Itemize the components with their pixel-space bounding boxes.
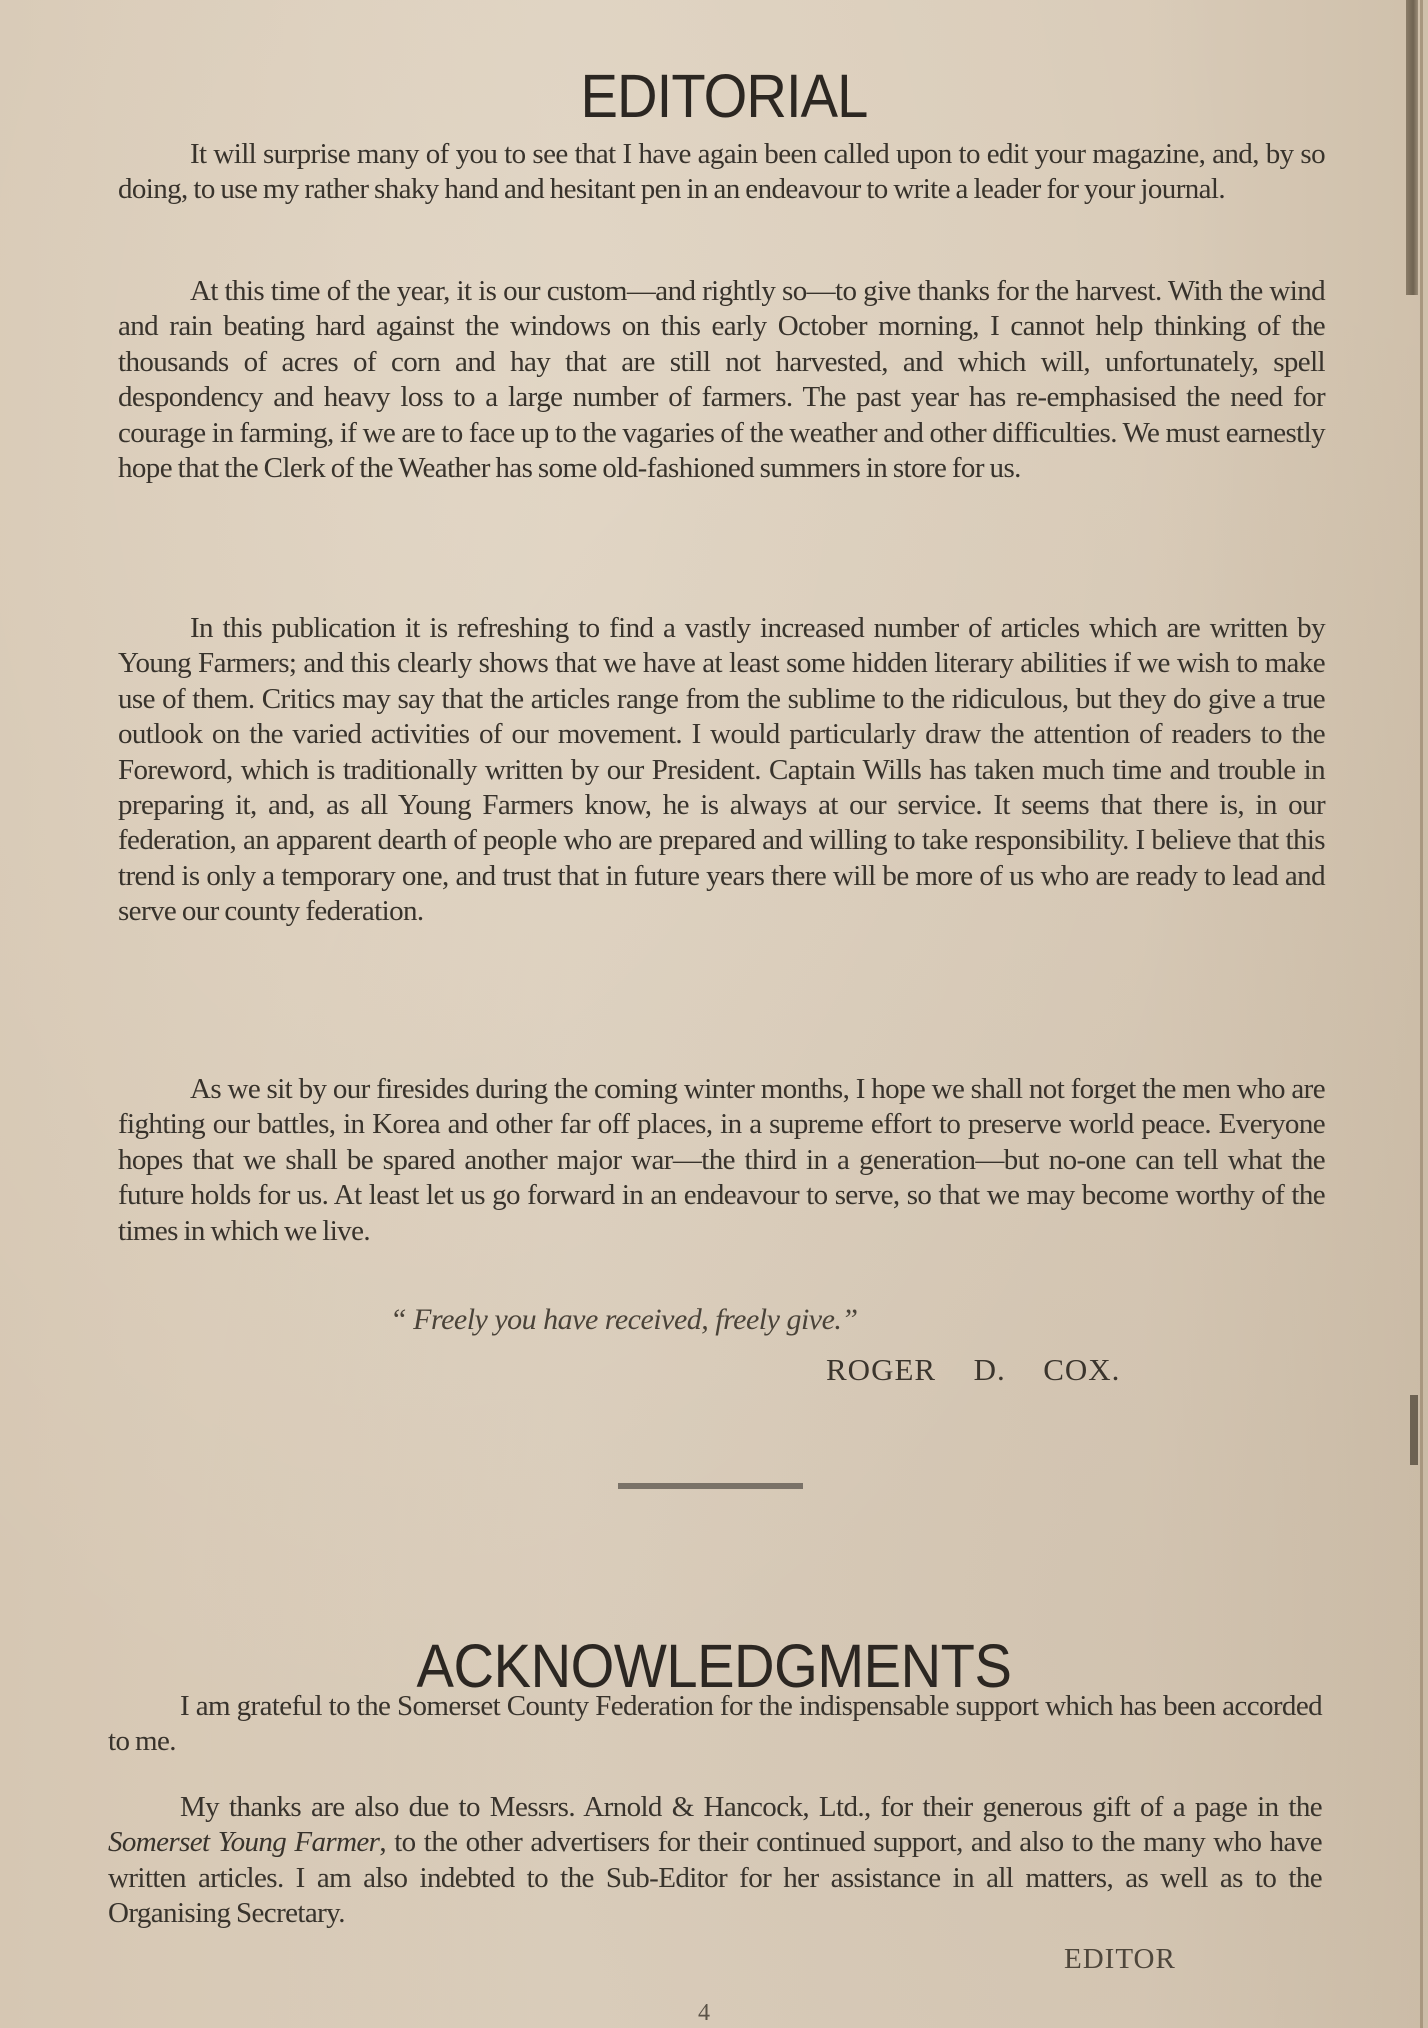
editorial-paragraph: As we sit by our firesides during the co…: [118, 1072, 1325, 1249]
adjacent-page-edge: [1406, 0, 1418, 295]
author-signature: ROGER D. COX.: [826, 1352, 1120, 1388]
page-number: 4: [698, 2000, 710, 2026]
editorial-paragraph: At this time of the year, it is our cust…: [118, 274, 1325, 486]
publication-title: Somerset Young Farmer: [108, 1826, 379, 1858]
page-binding-edge: [1420, 0, 1423, 2028]
paragraph-text: In this publication it is refreshing to …: [118, 612, 1325, 927]
paragraph-text: My thanks are also due to Messrs. Arnold…: [180, 1791, 1322, 1823]
closing-quote: “ Freely you have received, freely give.…: [390, 1302, 858, 1338]
paragraph-text: It will surprise many of you to see that…: [118, 138, 1325, 205]
editorial-heading: EDITORIAL: [67, 66, 1381, 127]
paragraph-text: At this time of the year, it is our cust…: [118, 275, 1325, 484]
paragraph-text: As we sit by our firesides during the co…: [118, 1073, 1325, 1247]
editorial-paragraph: In this publication it is refreshing to …: [118, 611, 1325, 930]
paragraph-text: I am grateful to the Somerset County Fed…: [108, 1690, 1322, 1757]
editorial-paragraph: It will surprise many of you to see that…: [118, 137, 1325, 208]
acknowledgments-paragraph: My thanks are also due to Messrs. Arnold…: [108, 1790, 1322, 1932]
editor-signature: EDITOR: [1064, 1942, 1176, 1976]
page-edge-mark: [1410, 1395, 1418, 1465]
acknowledgments-heading: ACKNOWLEDGMENTS: [57, 1636, 1371, 1697]
acknowledgments-paragraph: I am grateful to the Somerset County Fed…: [108, 1689, 1322, 1760]
section-divider: [618, 1483, 803, 1489]
